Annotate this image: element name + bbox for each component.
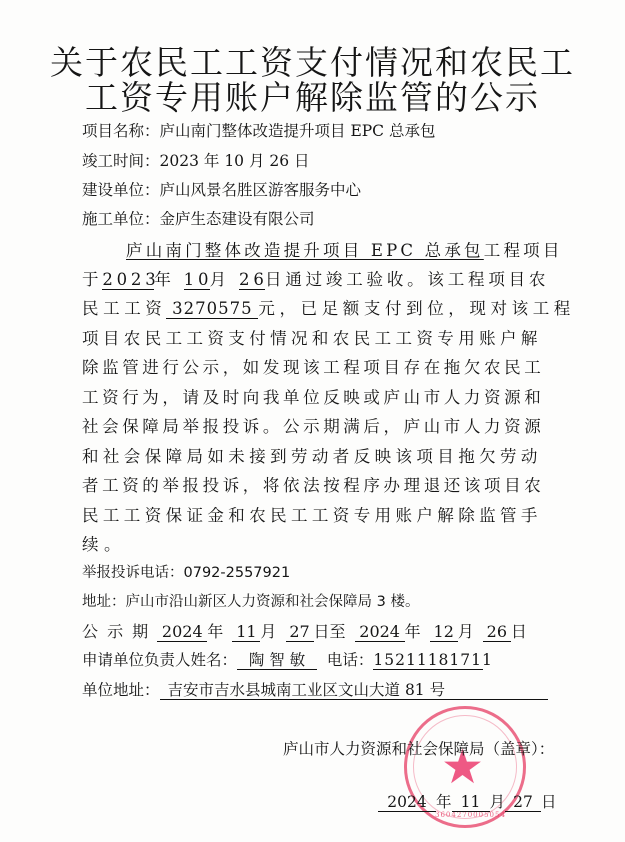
hotline: 举报投诉电话：0792-2557921	[82, 561, 290, 582]
body-line-2: 于2023年 10月 26日通过竣工验收。该工程项目农	[82, 266, 562, 290]
text: 日通过竣工验收。该工程项目农	[265, 270, 549, 289]
body-line-9: 者工资的举报投诉，将依法按程序办理退还该项目农	[82, 472, 562, 496]
text: 至	[330, 622, 346, 641]
body-line-5: 除监管进行公示，如发现该工程项目存在拖欠农民工	[82, 354, 562, 378]
info-project-name: 项目名称：庐山南门整体改造提升项目 EPC 总承包	[82, 119, 435, 141]
sign-month: 11	[452, 793, 490, 812]
hotline-number: 0792-2557921	[184, 565, 291, 581]
year-blank: 2023	[102, 271, 154, 290]
start-year: 2024	[157, 623, 207, 642]
start-day: 27	[286, 623, 314, 642]
signing-organization: 庐山市人力资源和社会保障局（盖章）：	[283, 737, 554, 759]
body-line-11: 续。	[82, 531, 562, 555]
body-line-6: 工资行为，请及时向我单位反映或庐山市人力资源和	[82, 384, 562, 408]
label: 申请单位负责人姓名：	[82, 651, 237, 669]
sign-year: 2024	[378, 793, 436, 812]
sign-day: 27	[505, 793, 541, 812]
project-name-underlined: 庐山南门整体改造提升项目 EPC 总承包	[126, 241, 484, 260]
address: 地址：庐山市沿山新区人力资源和社会保障局 3 楼。	[82, 590, 419, 611]
label: 建设单位：	[82, 181, 160, 199]
info-completion-date: 竣工时间：2023 年 10 月 26 日	[82, 149, 310, 171]
applicant-phone: 15211181711	[373, 651, 483, 670]
text: 年	[436, 793, 452, 811]
label: 地址：	[82, 594, 126, 610]
text: 年	[405, 622, 421, 641]
end-month: 12	[430, 623, 458, 642]
info-builder-unit: 施工单位：金庐生态建设有限公司	[82, 207, 315, 229]
applicant-address: 单位地址：吉安市吉水县城南工业区文山大道 81 号	[82, 678, 548, 700]
text: 于	[82, 270, 102, 289]
body-line-4: 项目农民工工资支付情况和农民工工资专用账户解	[82, 325, 562, 349]
label: 施工单位：	[82, 210, 160, 228]
value: 金庐生态建设有限公司	[160, 210, 315, 228]
seal-code: 3604270005054	[435, 811, 506, 819]
label: 项目名称：	[82, 122, 160, 140]
title-line-1: 关于农民工工资支付情况和农民工	[0, 44, 625, 82]
text: 月	[490, 793, 506, 811]
info-construction-unit: 建设单位：庐山风景名胜区游客服务中心	[82, 178, 361, 200]
text: 日	[541, 793, 557, 811]
value: 庐山南门整体改造提升项目 EPC 总承包	[160, 122, 436, 140]
body-line-7: 社会保障局举报投诉。公示期满后，庐山市人力资源	[82, 413, 562, 437]
text: 年	[207, 622, 223, 641]
body-line-1: 庐山南门整体改造提升项目 EPC 总承包工程项目	[126, 237, 606, 261]
start-month: 11	[232, 623, 260, 642]
text: 年	[154, 270, 174, 289]
text: 月	[458, 622, 474, 641]
amount-blank: 3270575	[166, 300, 258, 319]
value: 庐山风景名胜区游客服务中心	[160, 181, 362, 199]
end-day: 26	[483, 623, 511, 642]
label: 公 示 期	[82, 622, 148, 641]
label: 电话：	[327, 651, 374, 669]
body-line-3: 民工工资3270575元，已足额支付到位，现对该工程	[82, 295, 562, 319]
text: 工程项目	[484, 241, 563, 260]
label: 举报投诉电话：	[82, 565, 184, 581]
end-year: 2024	[355, 623, 405, 642]
applicant-name: 陶 智 敏	[237, 651, 317, 670]
label: 单位地址：	[82, 681, 160, 699]
day-blank: 26	[239, 271, 265, 290]
body-line-8: 和社会保障局如未接到劳动者反映该项目拖欠劳动	[82, 443, 562, 467]
body-line-10: 民工工资保证金和农民工工资专用账户解除监管手	[82, 502, 562, 526]
month-blank: 10	[184, 271, 210, 290]
text: 民工工资	[82, 299, 166, 318]
text: 日	[314, 622, 330, 641]
address-value: 庐山市沿山新区人力资源和社会保障局 3 楼。	[126, 594, 420, 610]
text: 日	[511, 622, 527, 641]
title-line-2: 工资专用账户解除监管的公示	[0, 79, 625, 117]
label: 竣工时间：	[82, 152, 160, 170]
applicant-address-value: 吉安市吉水县城南工业区文山大道 81 号	[160, 681, 548, 700]
notice-period: 公 示 期 2024年 11月 27日至 2024年 12月 26日	[82, 619, 527, 642]
value: 2023 年 10 月 26 日	[160, 152, 310, 170]
text: 月	[260, 622, 276, 641]
text: 元，已足额支付到位，现对该工程	[258, 299, 575, 318]
signing-date: 2024年11月27日	[378, 790, 557, 812]
text: 月	[210, 270, 230, 289]
applicant-contact: 申请单位负责人姓名：陶 智 敏 电话：15211181711	[82, 648, 483, 670]
